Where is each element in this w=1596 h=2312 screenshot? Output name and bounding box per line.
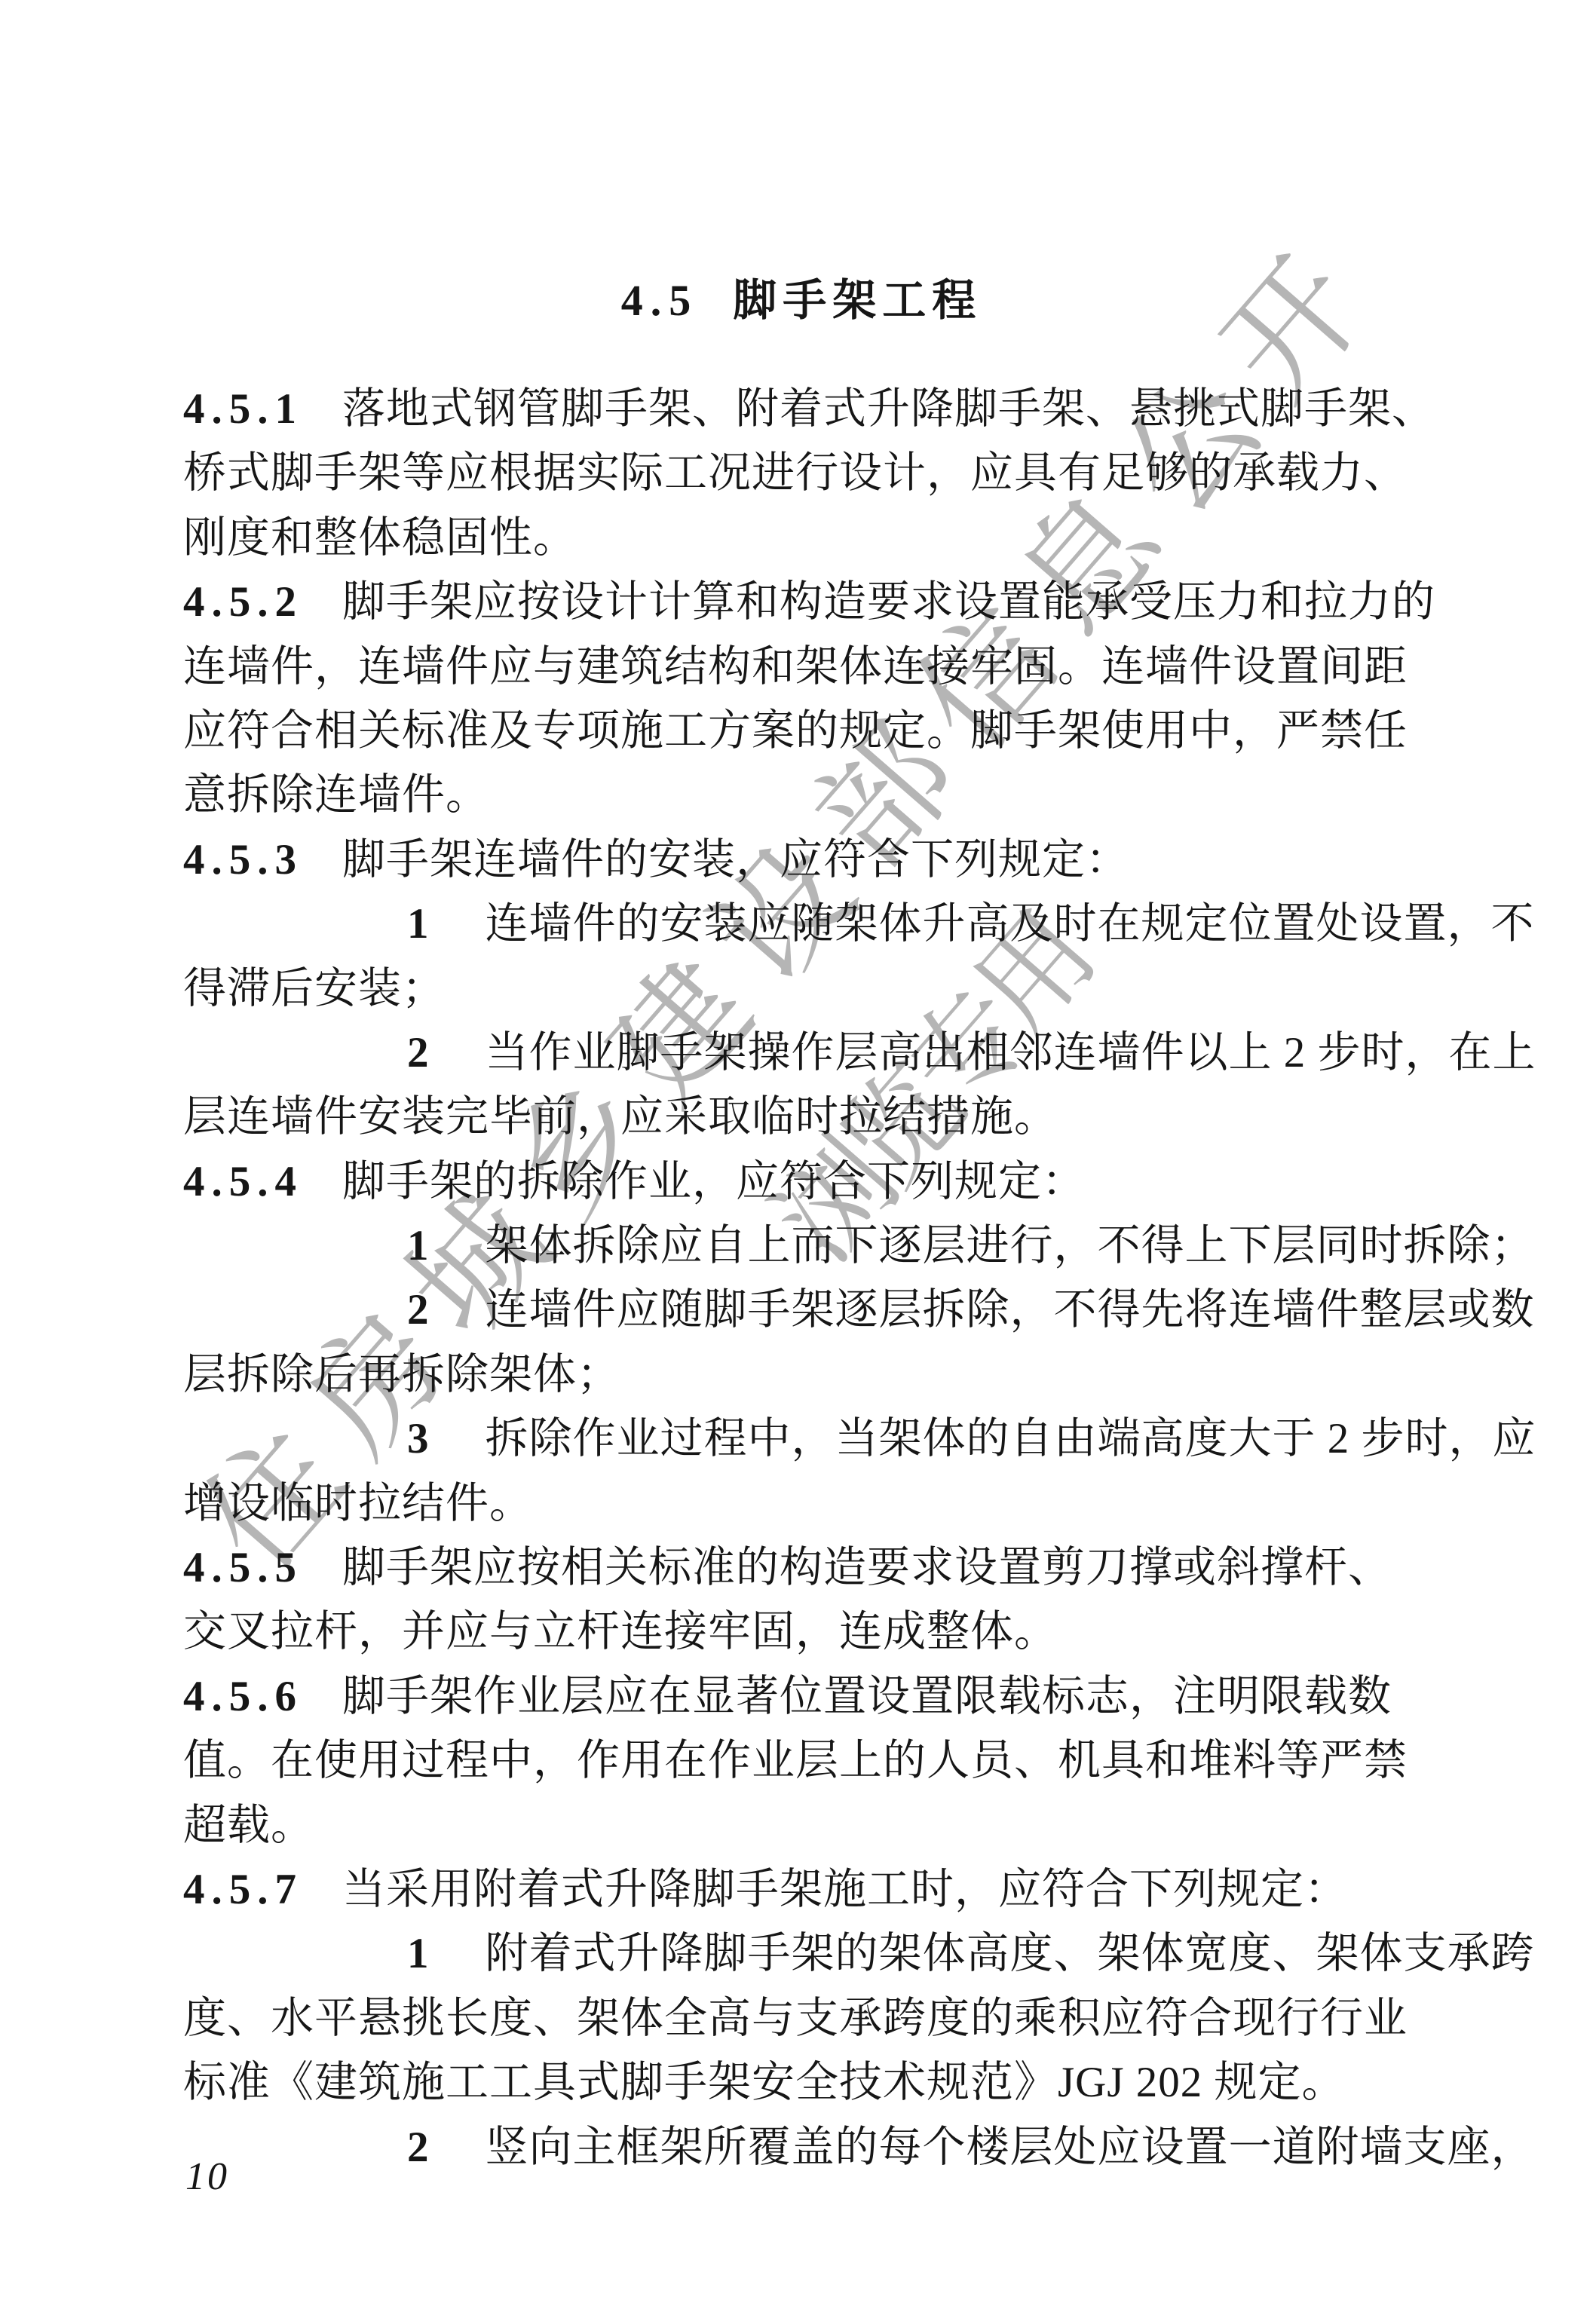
- page-number: 10: [185, 2154, 229, 2200]
- clause-number: 4.5.7: [183, 1866, 303, 1913]
- item-number: 2: [407, 1029, 430, 1076]
- line-text: 脚手架连墙件的安装，应符合下列规定：: [342, 836, 1129, 883]
- section-title-text: 脚手架工程: [733, 276, 982, 325]
- text-line: 增设临时拉结件。: [183, 1471, 1427, 1536]
- text-line: 得滞后安装；: [183, 957, 1427, 1021]
- text-line: 4.5.6脚手架作业层应在显著位置设置限载标志，注明限载数: [183, 1664, 1427, 1729]
- text-line: 桥式脚手架等应根据实际工况进行设计，应具有足够的承载力、: [183, 441, 1427, 505]
- text-line: 连墙件，连墙件应与建筑结构和架体连接牢固。连墙件设置间距: [183, 635, 1427, 699]
- line-text: 交叉拉杆，并应与立杆连接牢固，连成整体。: [183, 1608, 1058, 1655]
- text-line: 超载。: [183, 1793, 1427, 1857]
- section-title-number: 4.5: [621, 276, 699, 325]
- clause-number: 4.5.4: [183, 1158, 303, 1205]
- item-number: 2: [407, 1286, 430, 1334]
- line-text: 得滞后安装；: [183, 965, 446, 1012]
- text-line: 应符合相关标准及专项施工方案的规定。脚手架使用中，严禁任: [183, 699, 1427, 763]
- text-line: 度、水平悬挑长度、架体全高与支承跨度的乘积应符合现行行业: [183, 1986, 1427, 2050]
- line-text: 刚度和整体稳固性。: [183, 514, 577, 562]
- line-text: 连墙件，连墙件应与建筑结构和架体连接牢固。连墙件设置间距: [183, 643, 1408, 691]
- text-line: 刚度和整体稳固性。: [183, 506, 1427, 570]
- text-line: 1附着式升降脚手架的架体高度、架体宽度、架体支承跨: [183, 1922, 1427, 1986]
- text-line: 值。在使用过程中，作用在作业层上的人员、机具和堆料等严禁: [183, 1729, 1427, 1793]
- text-line: 层连墙件安装完毕前，应采取临时拉结措施。: [183, 1085, 1427, 1149]
- text-line: 1架体拆除应自上而下逐层进行，不得上下层同时拆除；: [183, 1214, 1427, 1278]
- item-number: 2: [407, 2124, 430, 2171]
- line-text: 层拆除后再拆除架体；: [183, 1351, 620, 1398]
- item-number: 1: [407, 900, 430, 948]
- clause-number: 4.5.1: [183, 385, 303, 433]
- line-text: 当采用附着式升降脚手架施工时，应符合下列规定：: [342, 1866, 1348, 1913]
- line-text: 值。在使用过程中，作用在作业层上的人员、机具和堆料等严禁: [183, 1737, 1408, 1784]
- line-text: 脚手架应按相关标准的构造要求设置剪刀撑或斜撑杆、: [342, 1544, 1392, 1591]
- clause-number: 4.5.3: [183, 836, 303, 883]
- text-line: 标准《建筑施工工具式脚手架安全技术规范》JGJ 202 规定。: [183, 2050, 1427, 2114]
- text-line: 1连墙件的安装应随架体升高及时在规定位置处设置，不: [183, 892, 1427, 956]
- line-text: 当作业脚手架操作层高出相邻连墙件以上 2 步时，在上: [486, 1029, 1536, 1076]
- text-line: 2竖向主框架所覆盖的每个楼层处应设置一道附墙支座，: [183, 2115, 1427, 2179]
- text-line: 层拆除后再拆除架体；: [183, 1343, 1427, 1407]
- text-line: 4.5.7当采用附着式升降脚手架施工时，应符合下列规定：: [183, 1857, 1427, 1922]
- item-number: 1: [407, 1930, 430, 1977]
- item-number: 1: [407, 1222, 430, 1269]
- text-line: 意拆除连墙件。: [183, 763, 1427, 827]
- line-text: 超载。: [183, 1802, 314, 1849]
- text-line: 3拆除作业过程中，当架体的自由端高度大于 2 步时，应: [183, 1407, 1427, 1471]
- line-text: 拆除作业过程中，当架体的自由端高度大于 2 步时，应: [486, 1415, 1536, 1462]
- line-text: 落地式钢管脚手架、附着式升降脚手架、悬挑式脚手架、: [342, 385, 1435, 433]
- section-title: 4.5脚手架工程: [183, 276, 1420, 326]
- line-text: 桥式脚手架等应根据实际工况进行设计，应具有足够的承载力、: [183, 449, 1408, 497]
- text-line: 交叉拉杆，并应与立杆连接牢固，连成整体。: [183, 1600, 1427, 1664]
- line-text: 连墙件应随脚手架逐层拆除，不得先将连墙件整层或数: [486, 1286, 1535, 1334]
- text-line: 4.5.5脚手架应按相关标准的构造要求设置剪刀撑或斜撑杆、: [183, 1536, 1427, 1600]
- clause-number: 4.5.5: [183, 1544, 303, 1591]
- line-text: 增设临时拉结件。: [183, 1480, 533, 1527]
- line-text: 脚手架的拆除作业，应符合下列规定：: [342, 1158, 1086, 1205]
- document-page: 住房城乡建设部信息公开 浏览专用 4.5脚手架工程 4.5.1落地式钢管脚手架、…: [0, 0, 1596, 2312]
- text-line: 4.5.2脚手架应按设计计算和构造要求设置能承受压力和拉力的: [183, 570, 1427, 634]
- line-text: 架体拆除应自上而下逐层进行，不得上下层同时拆除；: [486, 1222, 1535, 1269]
- text-line: 4.5.3脚手架连墙件的安装，应符合下列规定：: [183, 828, 1427, 892]
- line-text: 度、水平悬挑长度、架体全高与支承跨度的乘积应符合现行行业: [183, 1995, 1408, 2042]
- line-text: 连墙件的安装应随架体升高及时在规定位置处设置，不: [486, 900, 1535, 948]
- text-line: 4.5.4脚手架的拆除作业，应符合下列规定：: [183, 1150, 1427, 1214]
- body-text: 4.5.1落地式钢管脚手架、附着式升降脚手架、悬挑式脚手架、 桥式脚手架等应根据…: [183, 377, 1427, 2179]
- text-line: 4.5.1落地式钢管脚手架、附着式升降脚手架、悬挑式脚手架、: [183, 377, 1427, 441]
- item-number: 3: [407, 1415, 430, 1462]
- line-text: 意拆除连墙件。: [183, 771, 489, 819]
- line-text: 竖向主框架所覆盖的每个楼层处应设置一道附墙支座，: [486, 2124, 1535, 2171]
- text-line: 2当作业脚手架操作层高出相邻连墙件以上 2 步时，在上: [183, 1021, 1427, 1085]
- line-text: 附着式升降脚手架的架体高度、架体宽度、架体支承跨: [486, 1930, 1535, 1977]
- line-text: 标准《建筑施工工具式脚手架安全技术规范》JGJ 202 规定。: [183, 2059, 1346, 2106]
- line-text: 层连墙件安装完毕前，应采取临时拉结措施。: [183, 1093, 1058, 1141]
- line-text: 脚手架作业层应在显著位置设置限载标志，注明限载数: [342, 1673, 1392, 1720]
- text-line: 2连墙件应随脚手架逐层拆除，不得先将连墙件整层或数: [183, 1278, 1427, 1342]
- clause-number: 4.5.6: [183, 1673, 303, 1720]
- line-text: 应符合相关标准及专项施工方案的规定。脚手架使用中，严禁任: [183, 707, 1408, 755]
- line-text: 脚手架应按设计计算和构造要求设置能承受压力和拉力的: [342, 578, 1435, 626]
- clause-number: 4.5.2: [183, 578, 303, 626]
